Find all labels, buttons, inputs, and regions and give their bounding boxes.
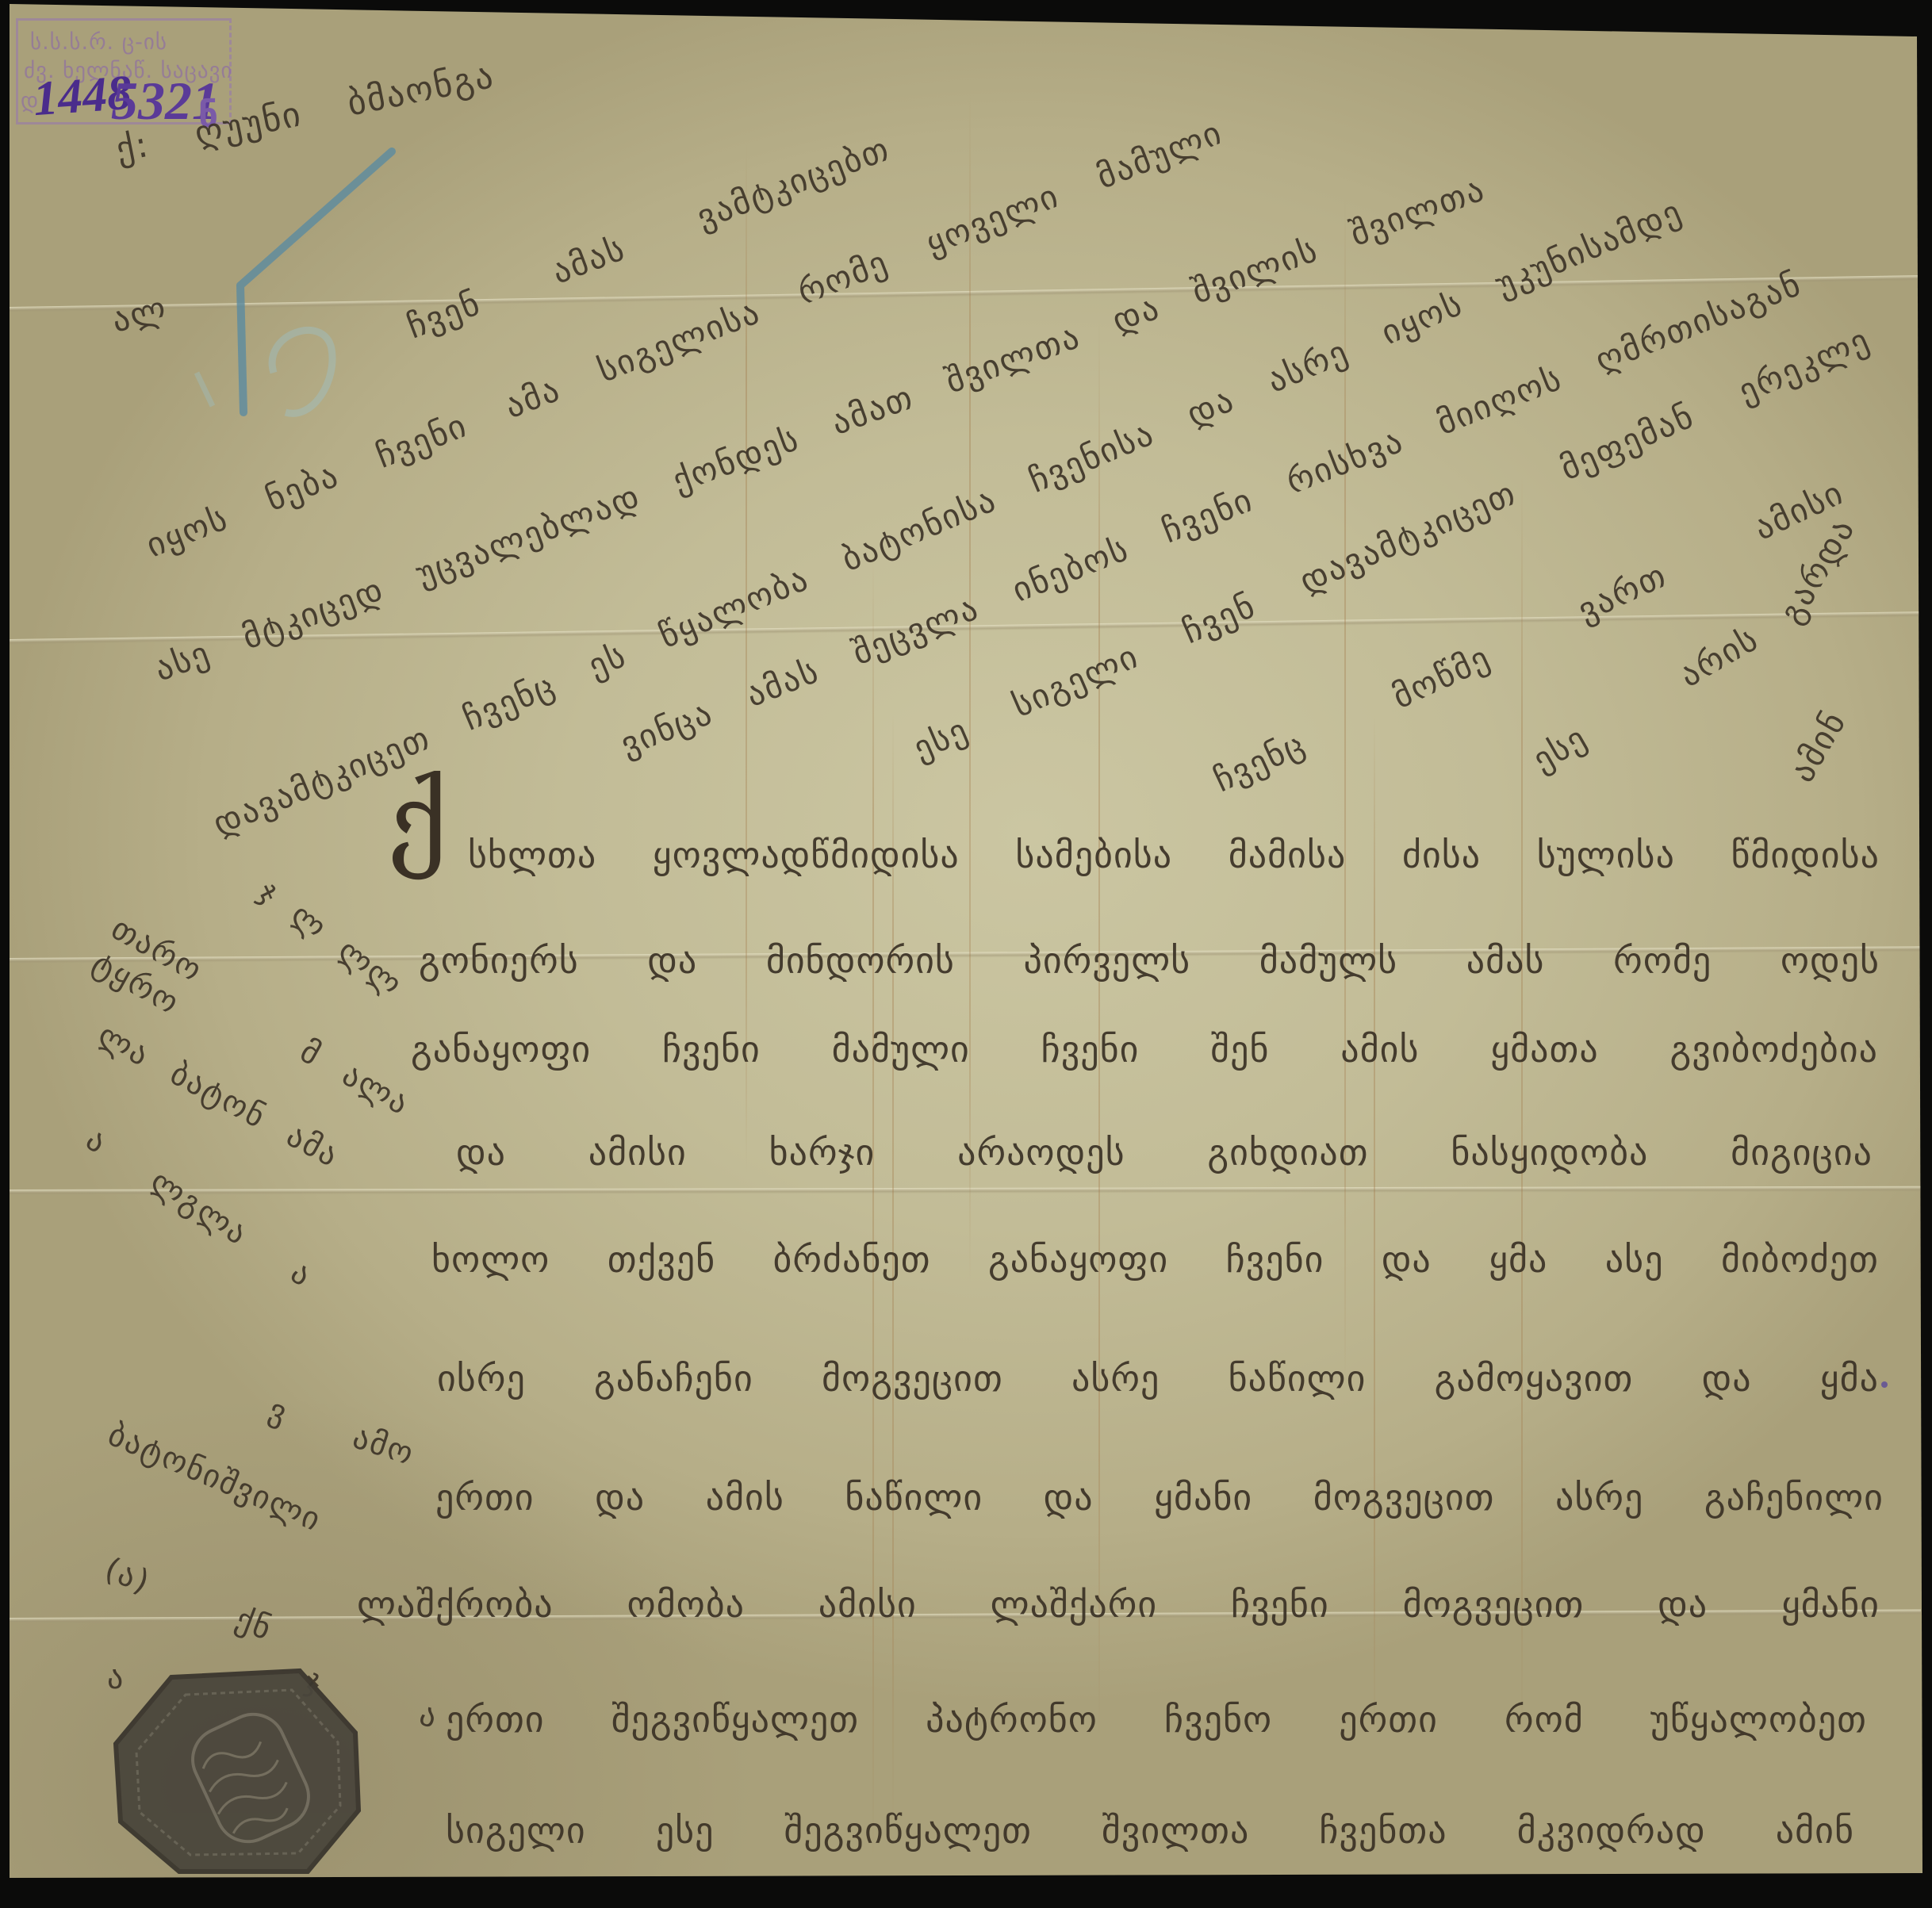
- wax-seal-icon: [0, 0, 1932, 1908]
- manuscript-page: ს.ს.ს.რ. ც-ის ძვ. ხელნაწ. საცავი დ 1448 …: [0, 0, 1932, 1908]
